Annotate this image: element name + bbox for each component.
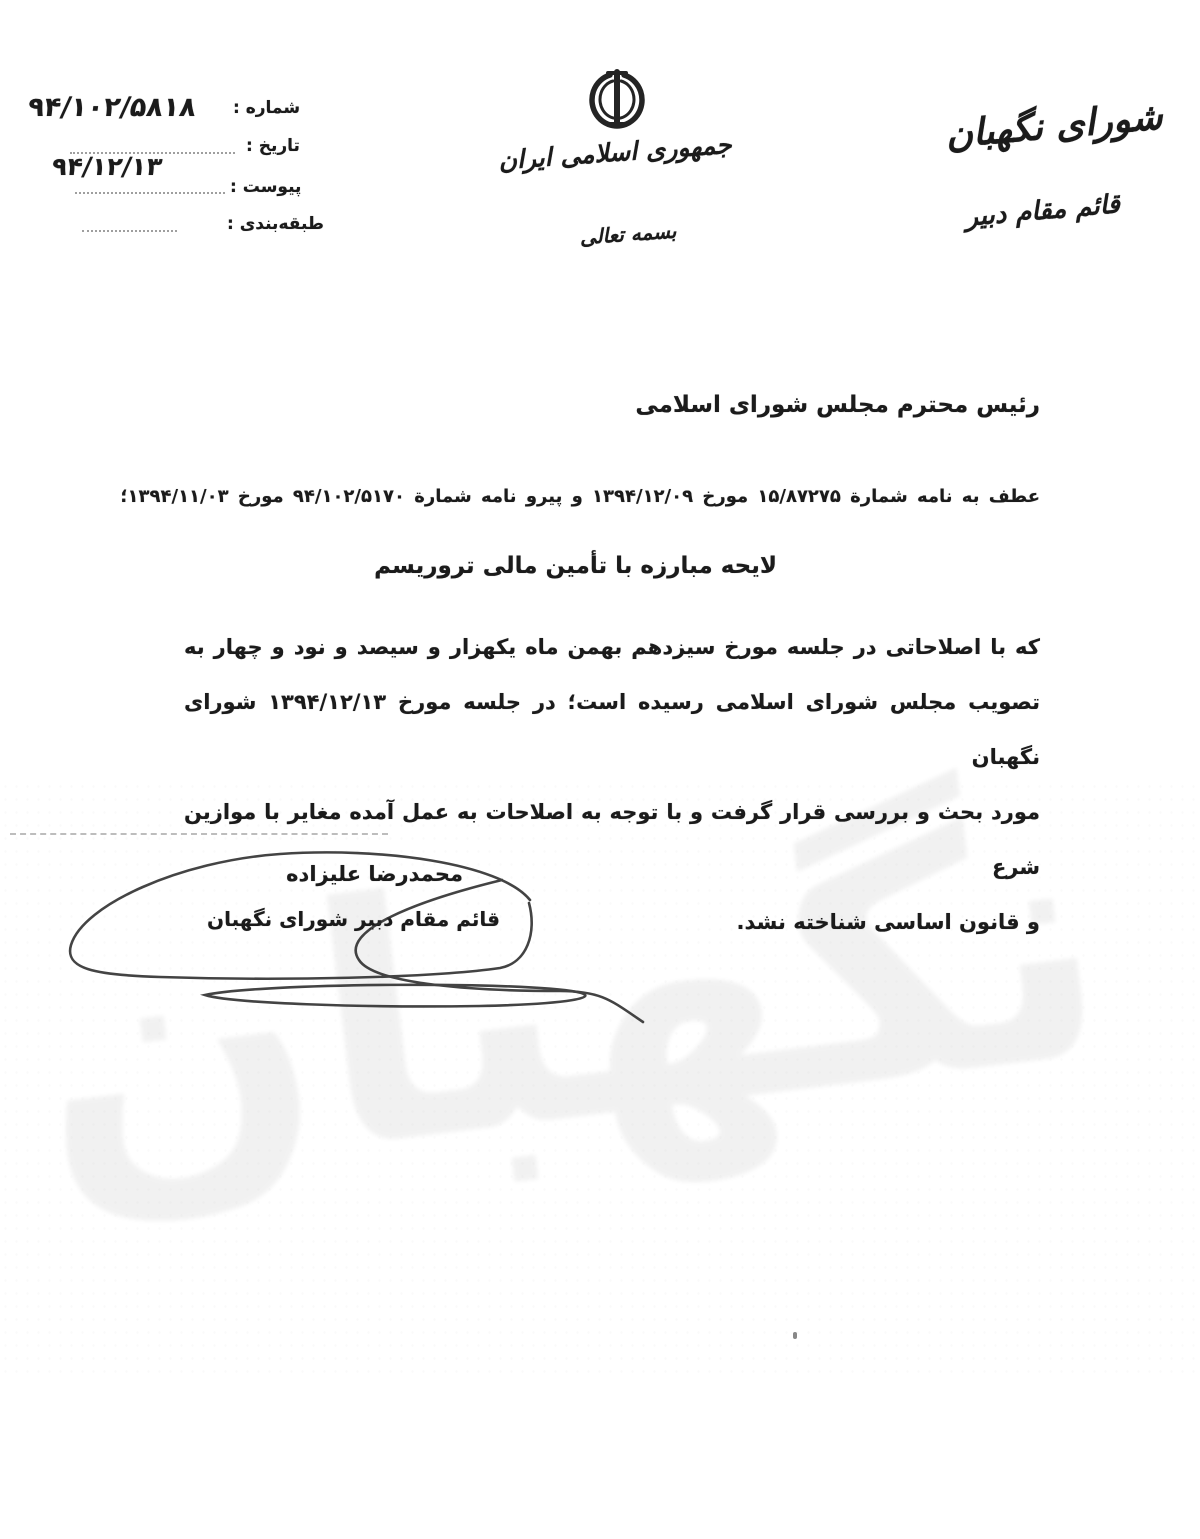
attachment-label: پیوست :: [230, 177, 301, 197]
letter-number-value: ۹۴/۱۰۲/۵۸۱۸: [26, 92, 198, 123]
letter-date-value: ۹۴/۱۲/۱۳: [50, 152, 164, 181]
org-role-subtitle: قائم مقام دبیر: [964, 189, 1121, 232]
bismillah-text: بسمه تعالی: [567, 218, 688, 250]
attachment-dotted-line: [75, 192, 225, 194]
body-line-2: تصویب مجلس شورای اسلامی رسیده است؛ در جل…: [184, 675, 1040, 785]
body-line-1: که با اصلاحاتی در جلسه مورخ سیزدهم بهمن …: [184, 620, 1040, 675]
classification-label: طبقه‌بندی :: [227, 214, 324, 234]
date-label: تاریخ :: [246, 136, 300, 156]
scanned-letter-page: نگهبان شماره : ۹۴/۱۰۲/۵۸۱۸ تاریخ : ۹۴/۱۲…: [0, 0, 1200, 1539]
reference-line: عطف به نامه شمارة ۱۵/۸۷۲۷۵ مورخ ۱۳۹۴/۱۲/…: [120, 486, 1040, 507]
iran-emblem-icon: [584, 68, 650, 132]
subject-line: لایحه مبارزه با تأمین مالی تروریسم: [374, 553, 777, 579]
number-label: شماره :: [233, 98, 300, 118]
faint-dashed-line: [10, 833, 388, 835]
country-title: جمهوری اسلامی ایران: [494, 130, 735, 176]
addressee-line: رئیس محترم مجلس شورای اسلامی: [635, 392, 1040, 418]
scan-speck: [793, 1332, 797, 1339]
handwritten-signature-stroke: [55, 845, 675, 1045]
org-title: شورای نگهبان: [933, 94, 1176, 158]
classification-dotted-line: [82, 230, 177, 232]
